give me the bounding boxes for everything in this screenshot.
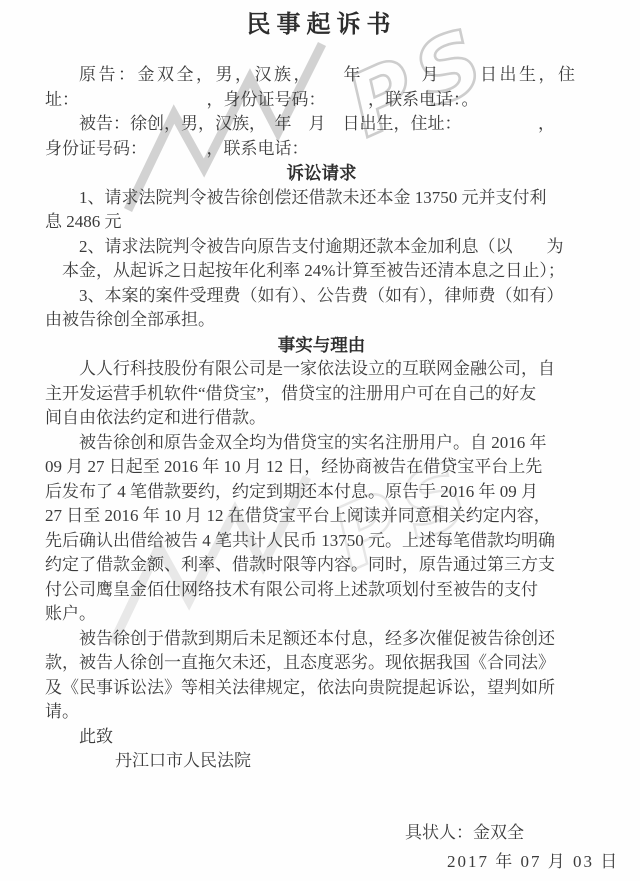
facts-para-2-line-1: 被告徐创和原告金双全均为借贷宝的实名注册用户。自 2016 年 [45,431,598,456]
signature-signer: 具状人：金双全 [45,818,598,847]
document-body: 民事起诉书 原告：金双全，男，汉族， 年 月 日出生，住 址： ，身份证号码： … [0,0,640,876]
facts-para-3-line-2: 款，被告人徐创一直拖欠未还，且态度恶劣。现依据我国《合同法》 [45,651,598,676]
signature-date: 2017 年 07 月 03 日 [45,847,598,876]
facts-para-2-line-8: 账户。 [45,602,598,627]
facts-para-3-line-3: 及《民事诉讼法》等相关法律规定，依法向贵院提起诉讼，望判如所 [45,676,598,701]
document-title: 民事起诉书 [45,8,598,42]
claims-heading: 诉讼请求 [45,161,598,186]
claim-2-line-1: 2、请求法院判令被告向原告支付逾期还款本金加利息（以 为 [45,235,598,260]
defendant-info-line-2: 身份证号码： ，联系电话： [45,137,598,162]
claim-1-line-1: 1、请求法院判令被告徐创偿还借款未还本金 13750 元并支付利 [45,186,598,211]
closing-salute: 此致 [45,725,598,750]
document-page: PS PS 民事起诉书 原告：金双全，男，汉族， 年 月 日出生，住 址： ，身… [0,0,640,881]
signature-block: 具状人：金双全 2017 年 07 月 03 日 [45,818,598,876]
defendant-info-line-1: 被告：徐创，男，汉族， 年 月 日出生，住址： ， [45,112,598,137]
facts-para-2-line-5: 先后确认出借给被告 4 笔共计人民币 13750 元。上述每笔借款均明确 [45,529,598,554]
facts-para-2-line-6: 约定了借款金额、利率、借款时限等内容。同时，原告通过第三方支 [45,553,598,578]
plaintiff-info-line-2: 址： ，身份证号码： ，联系电话：。 [45,88,598,113]
facts-para-2-line-7: 付公司鹰皇金佰仕网络技术有限公司将上述款项划付至被告的支付 [45,578,598,603]
closing-court-name: 丹江口市人民法院 [45,749,598,774]
facts-para-3-line-1: 被告徐创于借款到期后未足额还本付息，经多次催促被告徐创还 [45,627,598,652]
facts-para-1-line-3: 间自由依法约定和进行借款。 [45,406,598,431]
plaintiff-info-line-1: 原告：金双全，男，汉族， 年 月 日出生，住 [45,63,598,88]
facts-para-2-line-3: 后发布了 4 笔借款要约，约定到期还本付息。原告于 2016 年 09 月 [45,480,598,505]
facts-para-1-line-1: 人人行科技股份有限公司是一家依法设立的互联网金融公司，自 [45,357,598,382]
facts-para-1-line-2: 主开发运营手机软件“借贷宝”，借贷宝的注册用户可在自己的好友 [45,382,598,407]
claim-1-line-2: 息 2486 元 [45,210,598,235]
claim-3-line-1: 3、本案的案件受理费（如有）、公告费（如有），律师费（如有） [45,284,598,309]
claim-2-line-2: 本金，从起诉之日起按年化利率 24%计算至被告还清本息之日止）； [45,259,598,284]
facts-para-3-line-4: 请。 [45,700,598,725]
claim-3-line-2: 由被告徐创全部承担。 [45,308,598,333]
facts-para-2-line-4: 27 日至 2016 年 10 月 12 在借贷宝平台上阅读并同意相关约定内容， [45,504,598,529]
facts-para-2-line-2: 09 月 27 日起至 2016 年 10 月 12 日，经协商被告在借贷宝平台… [45,455,598,480]
facts-heading: 事实与理由 [45,333,598,358]
